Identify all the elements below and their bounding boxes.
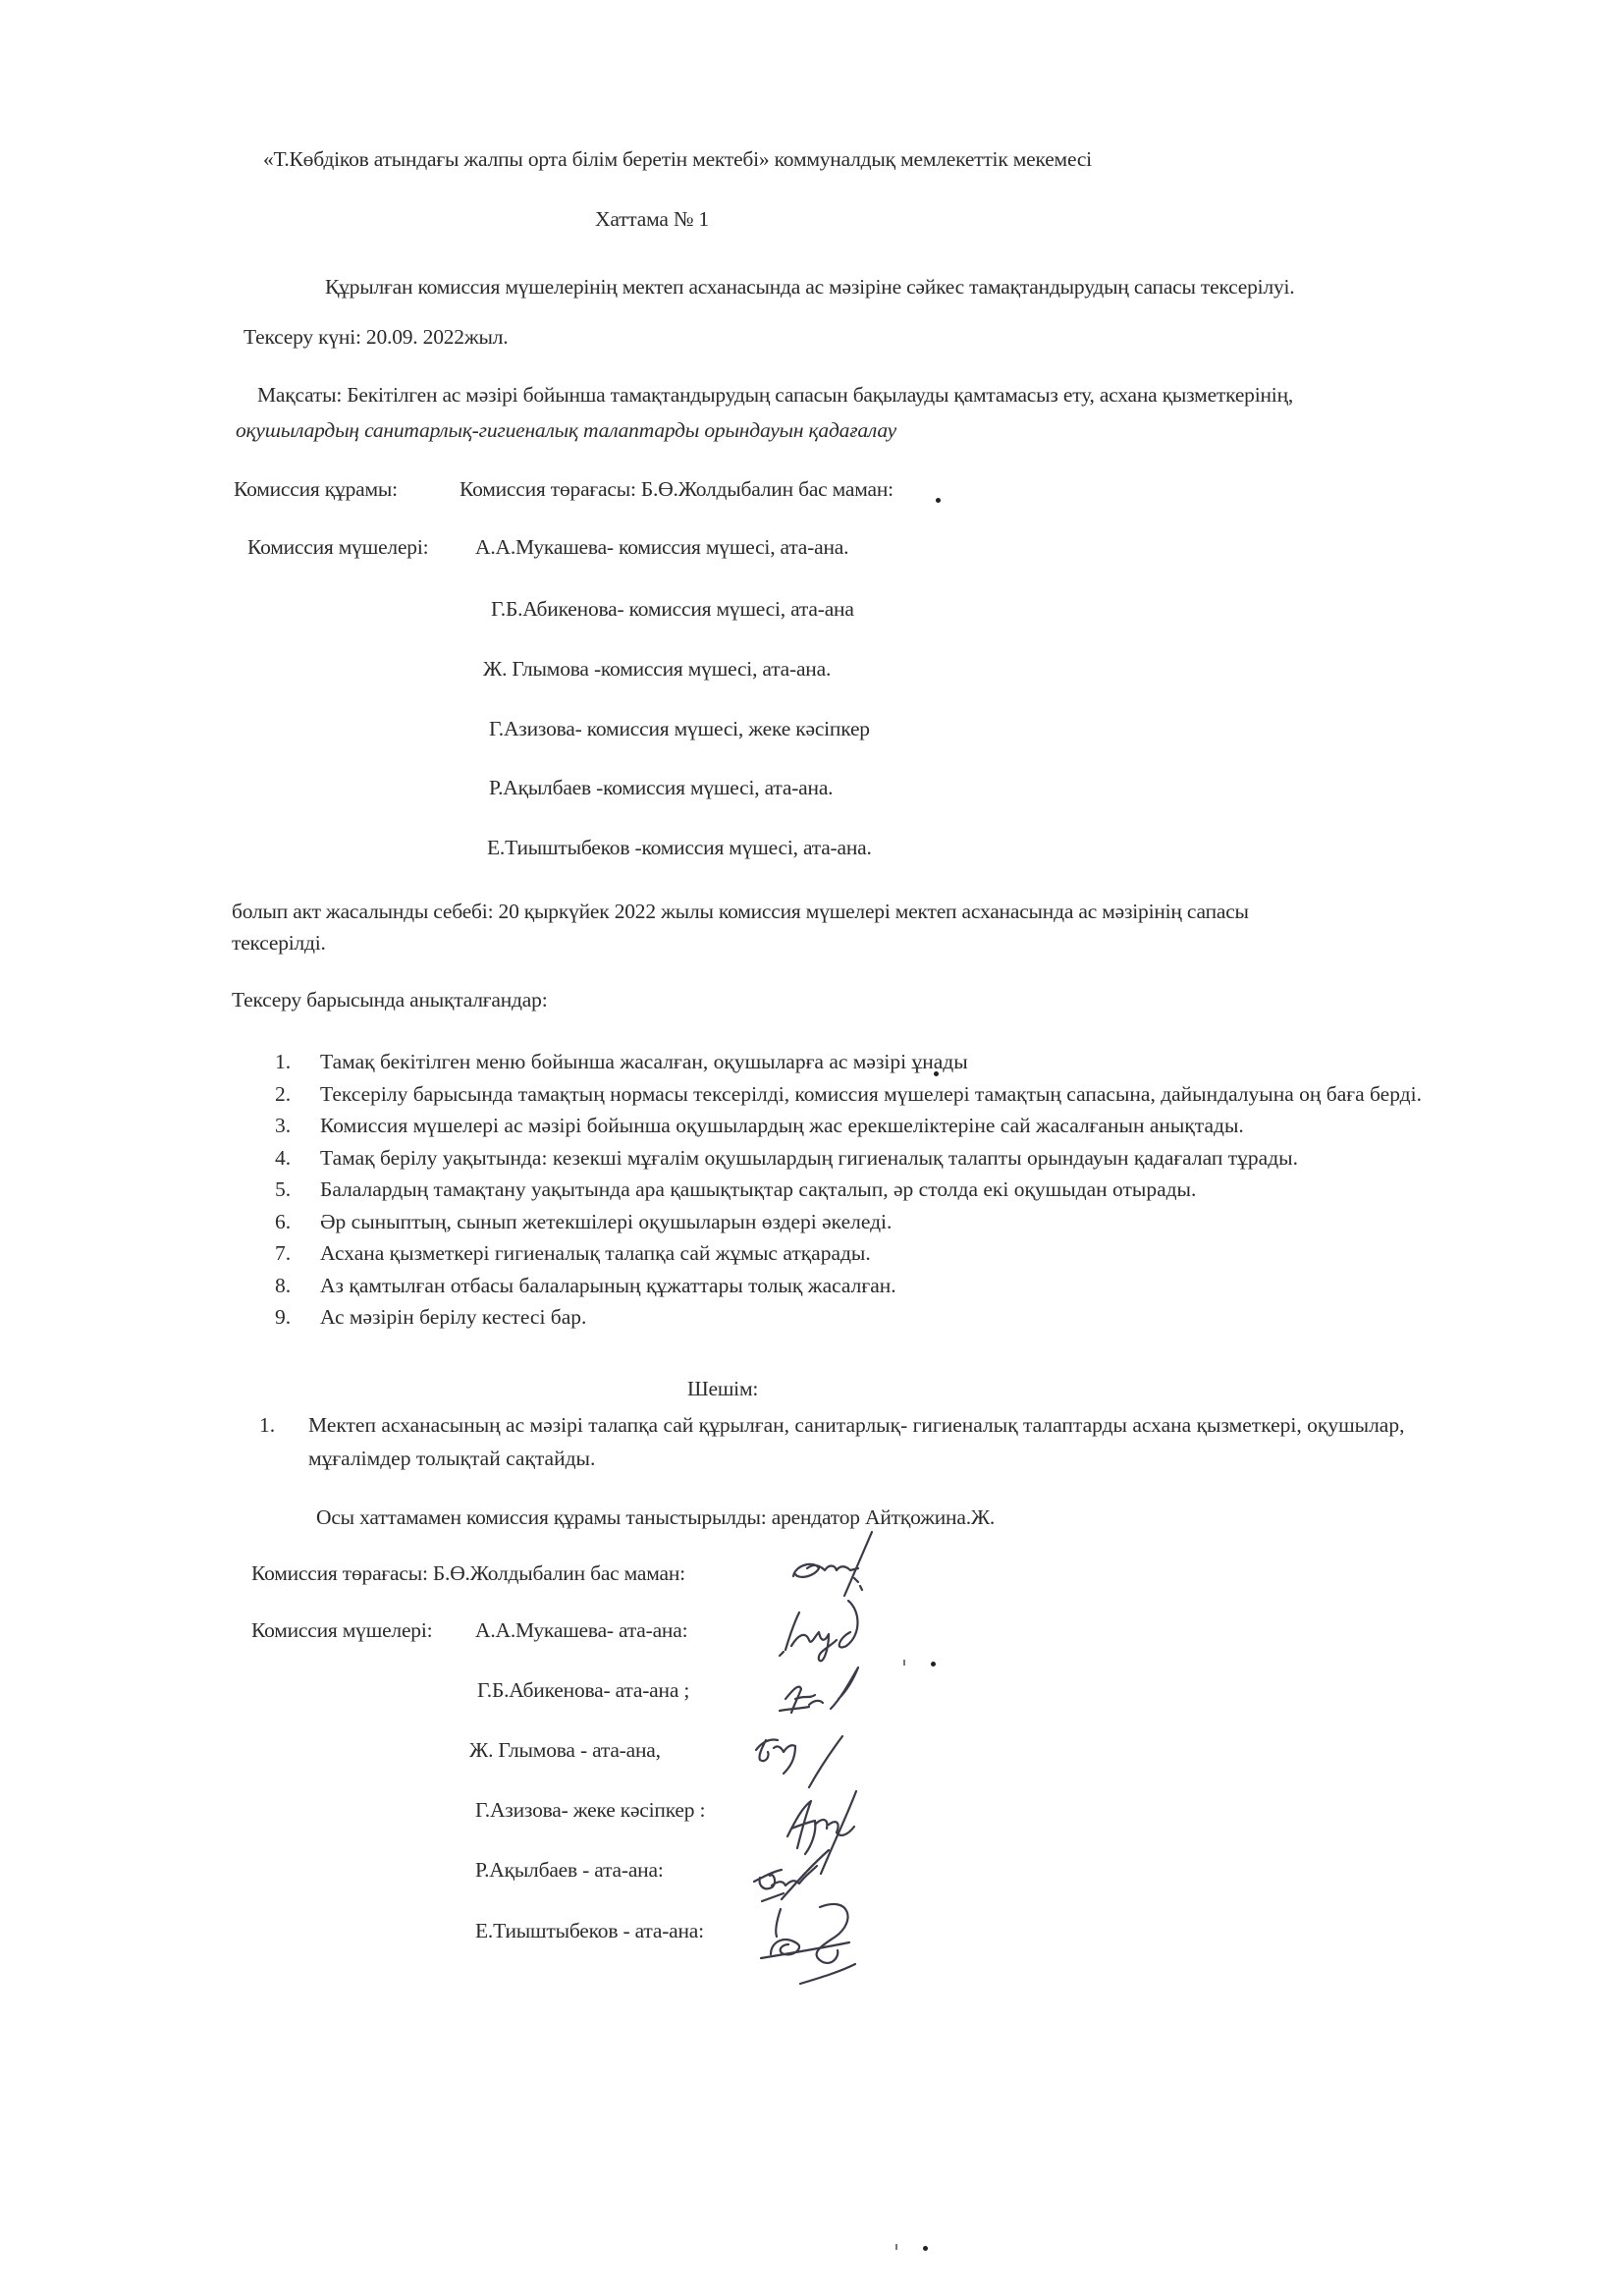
- institution-name: «Т.Көбдіков атындағы жалпы орта білім бе…: [263, 149, 1092, 171]
- finding-number: 1.: [275, 1049, 291, 1075]
- signature-member: Г.Азизова- жеке кәсіпкер :: [475, 1800, 705, 1822]
- signature-member: Р.Ақылбаев - ата-ана:: [475, 1860, 664, 1882]
- decision-item: 1.Мектеп асханасының ас мәзірі талапқа с…: [247, 1408, 1504, 1475]
- signature-member: Г.Б.Абикенова- ата-ана ;: [477, 1680, 689, 1702]
- finding-text: Балалардың тамақтану уақытында ара қашық…: [320, 1177, 1196, 1201]
- finding-text: Асхана қызметкері гигиеналық талапқа сай…: [320, 1241, 871, 1265]
- findings-heading: Тексеру барысында анықталғандар:: [232, 990, 547, 1011]
- finding-item: 5.Балалардың тамақтану уақытында ара қаш…: [263, 1176, 1520, 1203]
- finding-number: 7.: [275, 1240, 291, 1267]
- finding-item: 1.Тамақ бекітілген меню бойынша жасалған…: [263, 1049, 1520, 1075]
- finding-number: 3.: [275, 1113, 291, 1139]
- reason-line-1: болып акт жасалынды себебі: 20 қыркүйек …: [232, 902, 1249, 923]
- commission-chair: Комиссия төрағасы: Б.Ө.Жолдыбалин бас ма…: [460, 479, 893, 501]
- finding-text: Тамақ бекітілген меню бойынша жасалған, …: [320, 1050, 968, 1073]
- commission-member: Ж. Глымова -комиссия мүшесі, ата-ана.: [483, 659, 831, 681]
- decision-heading: Шешім:: [687, 1379, 758, 1400]
- finding-number: 2.: [275, 1081, 291, 1108]
- finding-text: Аз қамтылған отбасы балаларының құжаттар…: [320, 1274, 896, 1297]
- finding-item: 4.Тамақ берілу уақытында: кезекші мұғалі…: [263, 1145, 1520, 1172]
- purpose-line-2: оқушылардың санитарлық-гигиеналық талапт…: [236, 420, 896, 442]
- decision-number: 1.: [259, 1408, 275, 1442]
- finding-text: Ас мәзірін берілу кестесі бар.: [320, 1305, 586, 1329]
- finding-item: 7.Асхана қызметкері гигиеналық талапқа с…: [263, 1240, 1520, 1267]
- reason-line-2: тексерілді.: [232, 933, 326, 955]
- finding-item: 9.Ас мәзірін берілу кестесі бар.: [263, 1304, 1520, 1331]
- commission-member: Г.Б.Абикенова- комиссия мүшесі, ата-ана: [491, 599, 854, 621]
- signature-member: А.А.Мукашева- ата-ана:: [475, 1620, 687, 1642]
- member-signature-icon: [741, 1886, 879, 1994]
- signature-members-label: Комиссия мүшелері:: [251, 1620, 432, 1642]
- commission-member: Е.Тиыштыбеков -комиссия мүшесі, ата-ана.: [487, 838, 872, 859]
- finding-text: Әр сыныптың, сынып жетекшілері оқушылары…: [320, 1210, 892, 1233]
- finding-number: 8.: [275, 1273, 291, 1299]
- signature-chair: Комиссия төрағасы: Б.Ө.Жолдыбалин бас ма…: [251, 1563, 685, 1585]
- document-title: Хаттама № 1: [595, 209, 709, 231]
- decision-text: Мектеп асханасының ас мәзірі талапқа сай…: [308, 1413, 1404, 1470]
- signature-member: Е.Тиыштыбеков - ата-ана:: [475, 1921, 704, 1942]
- commission-composition-label: Комиссия құрамы:: [234, 479, 398, 501]
- finding-text: Тамақ берілу уақытында: кезекші мұғалім …: [320, 1146, 1298, 1170]
- finding-item: 3.Комиссия мүшелері ас мәзірі бойынша оқ…: [263, 1113, 1520, 1139]
- scan-dot: [936, 498, 941, 503]
- commission-member: Г.Азизова- комиссия мүшесі, жеке кәсіпке…: [489, 719, 870, 740]
- finding-item: 6.Әр сыныптың, сынып жетекшілері оқушыла…: [263, 1209, 1520, 1235]
- scan-mark: [903, 1660, 905, 1666]
- scan-mark: [895, 2244, 897, 2250]
- scan-dot: [934, 1071, 939, 1076]
- signature-member: Ж. Глымова - ата-ана,: [469, 1740, 661, 1762]
- inspection-date: Тексеру күні: 20.09. 2022жыл.: [244, 327, 508, 349]
- findings-list: 1.Тамақ бекітілген меню бойынша жасалған…: [263, 1049, 1520, 1337]
- decision-list: 1.Мектеп асханасының ас мәзірі талапқа с…: [247, 1408, 1504, 1475]
- finding-number: 5.: [275, 1176, 291, 1203]
- purpose-line-1: Мақсаты: Бекітілген ас мәзірі бойынша та…: [257, 385, 1293, 407]
- finding-number: 9.: [275, 1304, 291, 1331]
- scan-dot: [931, 1662, 936, 1667]
- commission-members-label: Комиссия мүшелері:: [247, 537, 428, 559]
- finding-number: 4.: [275, 1145, 291, 1172]
- commission-member: Р.Ақылбаев -комиссия мүшесі, ата-ана.: [489, 778, 833, 799]
- finding-text: Комиссия мүшелері ас мәзірі бойынша оқуш…: [320, 1114, 1244, 1137]
- acknowledgement: Осы хаттамамен комиссия құрамы таныстыры…: [316, 1507, 995, 1529]
- document-subject: Құрылған комиссия мүшелерінің мектеп асх…: [325, 277, 1294, 299]
- finding-item: 2.Тексерілу барысында тамақтың нормасы т…: [263, 1081, 1520, 1108]
- finding-number: 6.: [275, 1209, 291, 1235]
- finding-item: 8.Аз қамтылған отбасы балаларының құжатт…: [263, 1273, 1520, 1299]
- finding-text: Тексерілу барысында тамақтың нормасы тек…: [320, 1082, 1422, 1106]
- scan-dot: [923, 2246, 928, 2251]
- commission-member: А.А.Мукашева- комиссия мүшесі, ата-ана.: [475, 537, 848, 559]
